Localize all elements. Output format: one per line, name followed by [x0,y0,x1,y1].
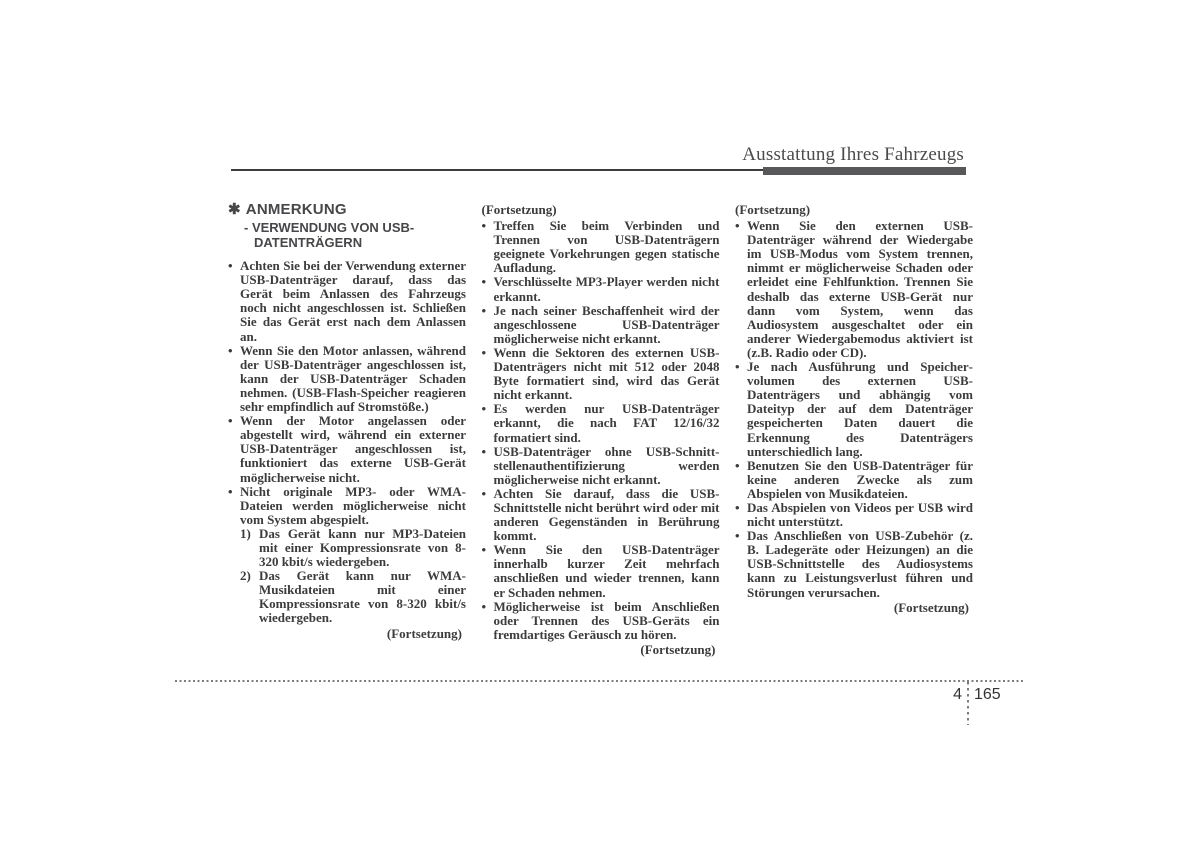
column-right: (Fortsetzung) • Wenn Sie den externen US… [735,203,973,657]
note-header: ✱ ANMERKUNG [228,203,466,217]
note-subtitle-line2: DATENTRÄGERN [228,235,466,250]
list-item: • Verschlüsselte MP3-Player werden nicht… [482,275,720,303]
list-item: • USB-Datenträger ohne USB-Schnitt­stell… [482,445,720,487]
list-item-text: Verschlüsselte MP3-Player werden nicht e… [494,275,720,303]
continuation-note-bottom: (Fortsetzung) [735,601,973,615]
bullet-icon: • [482,304,494,346]
list-item-text: Treffen Sie beim Verbinden und Trennen v… [494,219,720,275]
page-header-title: Ausstattung Ihres Fahrzeugs [228,144,964,166]
bullet-icon: • [482,402,494,444]
bullet-icon: • [482,600,494,642]
footer-dashed-divider [967,682,969,725]
bullet-icon: • [482,543,494,599]
continuation-note-top: (Fortsetzung) [735,203,973,217]
bullet-icon: • [735,529,747,599]
header-rule-thick [763,167,966,175]
note-subtitle: - VERWENDUNG VON USB- DATENTRÄGERN [228,220,466,250]
bullet-icon: • [482,275,494,303]
list-item-text: Wenn Sie den externen USB-Datenträger wä… [747,219,973,360]
list-item-text: Das Abspielen von Videos per USB wird ni… [747,501,973,529]
list-item: • Wenn der Motor angelassen oder abgeste… [228,414,466,484]
bullet-icon: • [482,487,494,543]
list-item-text: Das Anschließen von USB-Zubehör (z. B. L… [747,529,973,599]
continuation-note-bottom: (Fortsetzung) [482,643,720,657]
bullet-icon: • [228,344,240,414]
list-item: • Je nach Ausführung und Speicher­volume… [735,360,973,459]
list-item-text: Wenn der Motor angelassen oder abgestell… [240,414,466,484]
bullet-list: • Achten Sie bei der Verwendung externer… [228,259,466,625]
footer-dashed-line [175,680,1023,682]
list-item: • Möglicherweise ist beim Anschließen od… [482,600,720,642]
list-item: • Das Anschließen von USB-Zubehör (z. B.… [735,529,973,599]
list-item-text: Achten Sie darauf, dass die USB-Schnitts… [494,487,720,543]
list-item: • Je nach seiner Beschaffenheit wird der… [482,304,720,346]
list-item-text: Nicht originale MP3- oder WMA-Dateien we… [240,485,466,527]
bullet-icon: • [482,219,494,275]
asterisk-icon: ✱ [228,203,241,217]
list-item: • Das Abspielen von Videos per USB wird … [735,501,973,529]
bullet-icon: • [735,501,747,529]
list-item-text: Es werden nur USB-Datenträger erkannt, d… [494,402,720,444]
list-item: • Es werden nur USB-Datenträger erkannt,… [482,402,720,444]
list-item: • Achten Sie darauf, dass die USB-Schnit… [482,487,720,543]
manual-page: Ausstattung Ihres Fahrzeugs ✱ ANMERKUNG … [0,0,1200,848]
list-item-text: Wenn Sie den Motor anlassen, während der… [240,344,466,414]
bullet-icon: • [735,219,747,360]
bullet-list: • Treffen Sie beim Verbinden und Trennen… [482,219,720,642]
list-item: • Nicht originale MP3- oder WMA-Dateien … [228,485,466,527]
bullet-icon: • [228,485,240,527]
page-number: 165 [974,686,1001,704]
bullet-icon: 1) [240,527,259,569]
header-rule-thin [231,169,765,171]
bullet-icon: • [228,259,240,344]
list-item-text: Das Gerät kann nur MP3-Dateien mit einer… [259,527,466,569]
list-item-text: Wenn Sie den USB-Datenträger innerhalb k… [494,543,720,599]
list-item: • Achten Sie bei der Verwendung externer… [228,259,466,344]
note-title: ANMERKUNG [246,203,347,217]
list-item-text: Das Gerät kann nur WMA-Musikdateien mit … [259,569,466,625]
list-item: • Wenn Sie den USB-Datenträger innerhalb… [482,543,720,599]
continuation-note-bottom: (Fortsetzung) [228,627,466,641]
continuation-note-top: (Fortsetzung) [482,203,720,217]
list-item: • Treffen Sie beim Verbinden und Trennen… [482,219,720,275]
content-columns: ✱ ANMERKUNG - VERWENDUNG VON USB- DATENT… [228,203,973,657]
list-item-text: Achten Sie bei der Verwendung externer U… [240,259,466,344]
note-subtitle-line1: - VERWENDUNG VON USB- [228,220,466,235]
list-item-text: Wenn die Sektoren des externen USB-Daten… [494,346,720,402]
bullet-icon: • [228,414,240,484]
list-item: • Wenn die Sektoren des externen USB-Dat… [482,346,720,402]
bullet-icon: • [735,459,747,501]
column-left: ✱ ANMERKUNG - VERWENDUNG VON USB- DATENT… [228,203,466,657]
bullet-icon: • [735,360,747,459]
list-item: 1) Das Gerät kann nur MP3-Dateien mit ei… [228,527,466,569]
bullet-icon: 2) [240,569,259,625]
list-item-text: Je nach Ausführung und Speicher­volumen … [747,360,973,459]
list-item: • Wenn Sie den externen USB-Datenträger … [735,219,973,360]
chapter-number: 4 [924,686,962,704]
list-item-text: Möglicherweise ist beim Anschließen oder… [494,600,720,642]
list-item-text: USB-Datenträger ohne USB-Schnitt­stellen… [494,445,720,487]
list-item: • Wenn Sie den Motor anlassen, während d… [228,344,466,414]
list-item: • Benutzen Sie den USB-Datenträger für k… [735,459,973,501]
list-item: 2) Das Gerät kann nur WMA-Musikdateien m… [228,569,466,625]
bullet-icon: • [482,346,494,402]
list-item-text: Je nach seiner Beschaffenheit wird der a… [494,304,720,346]
bullet-icon: • [482,445,494,487]
list-item-text: Benutzen Sie den USB-Datenträger für kei… [747,459,973,501]
column-middle: (Fortsetzung) • Treffen Sie beim Verbind… [482,203,720,657]
bullet-list: • Wenn Sie den externen USB-Datenträger … [735,219,973,600]
